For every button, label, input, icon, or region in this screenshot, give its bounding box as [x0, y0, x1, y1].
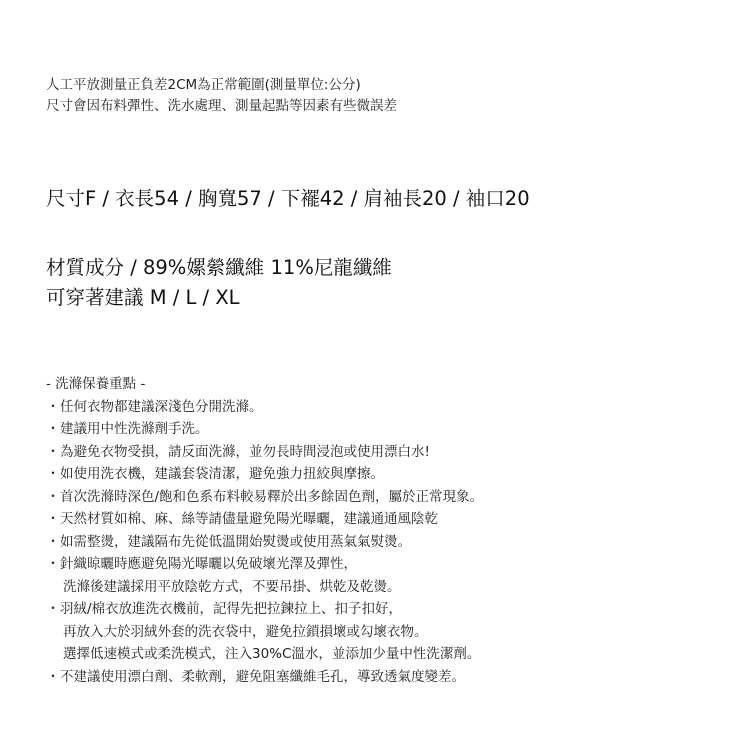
care-title: - 洗滌保養重點 -	[46, 373, 483, 396]
size-spec-text: 尺寸F / 衣長54 / 胸寬57 / 下襬42 / 肩袖長20 / 袖口20	[46, 185, 530, 213]
care-item: ・如需整燙，建議隔布先從低溫開始熨燙或使用蒸氣氣熨燙。	[46, 531, 483, 554]
material-composition: 材質成分 / 89%嫘縈纖維 11%尼龍纖維	[46, 253, 392, 283]
bullet-icon: ・	[46, 598, 60, 621]
care-item-text: 不建議使用漂白劑、柔軟劑，避免阻塞纖維毛孔，導致透氣度變差。	[60, 669, 465, 685]
size-spec: 尺寸F / 衣長54 / 胸寬57 / 下襬42 / 肩袖長20 / 袖口20	[46, 185, 530, 213]
care-item: ・天然材質如棉、麻、絲等請儘量避免陽光曝曬，建議通通風陰乾	[46, 508, 483, 531]
bullet-icon: ・	[46, 463, 60, 486]
care-item-text: 如需整燙，建議隔布先從低溫開始熨燙或使用蒸氣氣熨燙。	[60, 534, 411, 550]
care-item-text: 任何衣物都建議深淺色分開洗滌。	[60, 399, 263, 415]
bullet-icon: ・	[46, 531, 60, 554]
bullet-icon: ・	[46, 666, 60, 689]
care-item: ・針織晾曬時應避免陽光曝曬以免破壞光澤及彈性，	[46, 553, 483, 576]
care-item-continuation: 再放入大於羽絨外套的洗衣袋中，避免拉鎖損壞或勾壞衣物。	[46, 621, 483, 644]
care-instructions: - 洗滌保養重點 - ・任何衣物都建議深淺色分開洗滌。 ・建議用中性洗滌劑手洗。…	[46, 373, 483, 688]
measurement-note-line: 人工平放測量正負差2CM為正常範圍(測量單位:公分)	[46, 75, 397, 96]
recommended-sizes: 可穿著建議 M / L / XL	[46, 283, 392, 313]
care-item: ・不建議使用漂白劑、柔軟劑，避免阻塞纖維毛孔，導致透氣度變差。	[46, 666, 483, 689]
care-item: ・如使用洗衣機，建議套袋清潔，避免強力扭絞與摩擦。	[46, 463, 483, 486]
measurement-note: 人工平放測量正負差2CM為正常範圍(測量單位:公分) 尺寸會因布料彈性、洗水處理…	[46, 75, 397, 117]
care-item-continuation: 洗滌後建議採用平放陰乾方式，不要吊掛、烘乾及乾燙。	[46, 576, 483, 599]
bullet-icon: ・	[46, 441, 60, 464]
care-item: ・任何衣物都建議深淺色分開洗滌。	[46, 396, 483, 419]
bullet-icon: ・	[46, 553, 60, 576]
bullet-icon: ・	[46, 396, 60, 419]
care-item: ・首次洗滌時深色/飽和色系布料較易釋於出多餘固色劑，屬於正常現象。	[46, 486, 483, 509]
material-info: 材質成分 / 89%嫘縈纖維 11%尼龍纖維 可穿著建議 M / L / XL	[46, 253, 392, 313]
care-item-continuation: 選擇低速模式或柔洗模式，注入30%C溫水，並添加少量中性洗潔劑。	[46, 643, 483, 666]
care-item: ・建議用中性洗滌劑手洗。	[46, 418, 483, 441]
care-item-text: 首次洗滌時深色/飽和色系布料較易釋於出多餘固色劑，屬於正常現象。	[60, 489, 483, 505]
measurement-note-line: 尺寸會因布料彈性、洗水處理、測量起點等因素有些微誤差	[46, 96, 397, 117]
care-item-text: 針織晾曬時應避免陽光曝曬以免破壞光澤及彈性，	[60, 556, 357, 572]
care-item-text: 建議用中性洗滌劑手洗。	[60, 421, 209, 437]
care-item-text: 為避免衣物受損，請反面洗滌，並勿長時間浸泡或使用漂白水!	[60, 444, 430, 460]
care-item: ・為避免衣物受損，請反面洗滌，並勿長時間浸泡或使用漂白水!	[46, 441, 483, 464]
care-item-text: 如使用洗衣機，建議套袋清潔，避免強力扭絞與摩擦。	[60, 466, 384, 482]
care-item: ・羽絨/棉衣放進洗衣機前，記得先把拉鍊拉上、扣子扣好，	[46, 598, 483, 621]
bullet-icon: ・	[46, 418, 60, 441]
care-item-text: 天然材質如棉、麻、絲等請儘量避免陽光曝曬，建議通通風陰乾	[60, 511, 438, 527]
care-item-text: 羽絨/棉衣放進洗衣機前，記得先把拉鍊拉上、扣子扣好，	[60, 601, 402, 617]
bullet-icon: ・	[46, 486, 60, 509]
bullet-icon: ・	[46, 508, 60, 531]
